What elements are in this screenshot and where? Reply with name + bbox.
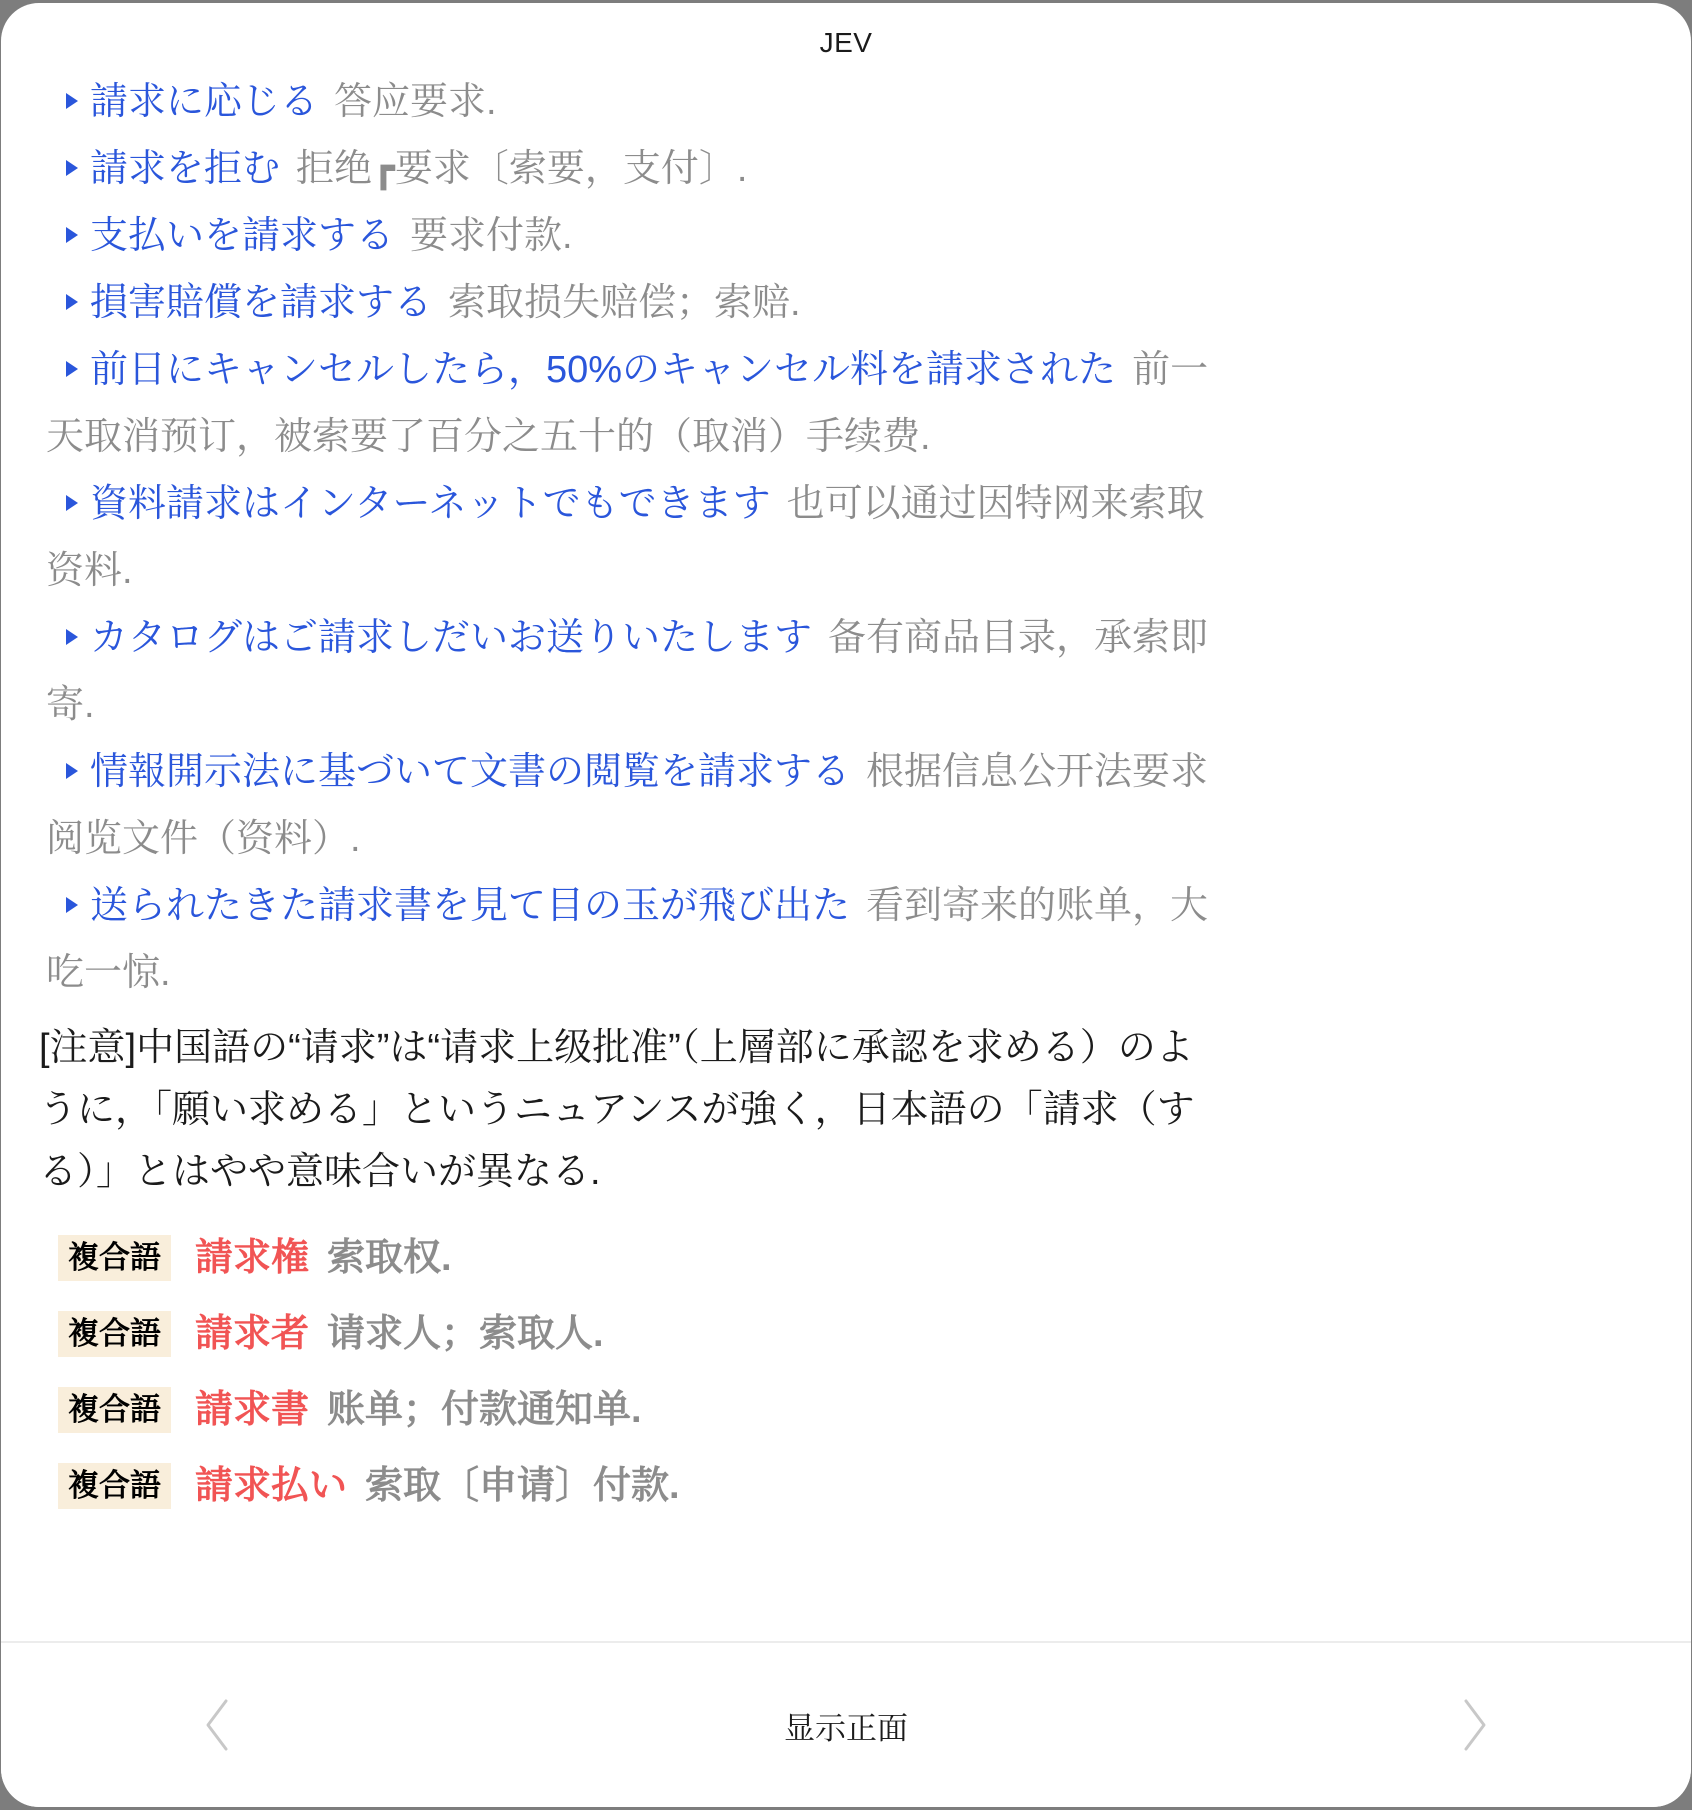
example-item: 支払いを請求する要求付款.: [46, 203, 1216, 270]
dictionary-title: JEV: [1, 3, 1691, 59]
compound-definition: 索取〔申请〕付款.: [365, 1465, 680, 1507]
compounds-list: 複合語請求権索取权. 複合語請求者请求人；索取人. 複合語請求書账单；付款通知单…: [58, 1233, 1216, 1511]
triangle-bullet-icon: [66, 763, 78, 779]
entry-content: 請求に応じる答应要求. 請求を拒む拒绝┏要求〔索要，支付〕. 支払いを請求する要…: [1, 69, 1691, 1511]
footer-bar: 显示正面: [1, 1641, 1691, 1807]
chevron-right-icon[interactable]: [1461, 1697, 1489, 1753]
example-item: 送られたきた請求書を見て目の玉が飛び出た看到寄来的账单，大吃一惊.: [46, 873, 1216, 1007]
page-background: JEV 請求に応じる答应要求. 請求を拒む拒绝┏要求〔索要，支付〕. 支払いを請…: [0, 0, 1692, 1810]
compound-row: 複合語請求書账单；付款通知单.: [58, 1385, 1216, 1435]
compound-badge: 複合語: [58, 1311, 171, 1357]
example-item: 資料請求はインターネットでもできます也可以通过因特网来索取资料.: [46, 471, 1216, 605]
example-item: 請求を拒む拒绝┏要求〔索要，支付〕.: [46, 136, 1216, 203]
example-japanese[interactable]: 支払いを請求する: [90, 215, 394, 257]
compound-term[interactable]: 請求権: [195, 1237, 309, 1279]
compound-term[interactable]: 請求書: [195, 1389, 309, 1431]
example-japanese[interactable]: 送られたきた請求書を見て目の玉が飛び出た: [90, 885, 850, 927]
compound-definition: 账单；付款通知单.: [327, 1389, 642, 1431]
example-item: 前日にキャンセルしたら，50%のキャンセル料を請求された前一天取消预订，被索要了…: [46, 337, 1216, 471]
compound-badge: 複合語: [58, 1387, 171, 1433]
triangle-bullet-icon: [66, 160, 78, 176]
example-translation: 索取损失赔偿；索赔.: [448, 282, 801, 324]
triangle-bullet-icon: [66, 897, 78, 913]
example-japanese[interactable]: 前日にキャンセルしたら，50%のキャンセル料を請求された: [90, 349, 1116, 391]
example-item: カタログはご請求しだいお送りいたします备有商品目录，承索即寄.: [46, 605, 1216, 739]
example-translation: 答应要求.: [334, 81, 497, 123]
compound-term[interactable]: 請求払い: [195, 1465, 347, 1507]
usage-note: [注意]中国語の“请求”は“请求上级批准”（上層部に承認を求める）のように，「願…: [39, 1017, 1216, 1203]
triangle-bullet-icon: [66, 93, 78, 109]
example-item: 請求に応じる答应要求.: [46, 69, 1216, 136]
example-japanese[interactable]: カタログはご請求しだいお送りいたします: [90, 617, 812, 659]
compound-term[interactable]: 請求者: [195, 1313, 309, 1355]
compound-row: 複合語請求権索取权.: [58, 1233, 1216, 1283]
triangle-bullet-icon: [66, 294, 78, 310]
triangle-bullet-icon: [66, 361, 78, 377]
example-translation: 拒绝┏要求〔索要，支付〕.: [296, 148, 747, 190]
chevron-left-icon[interactable]: [203, 1697, 231, 1753]
example-japanese[interactable]: 資料請求はインターネットでもできます: [90, 483, 771, 525]
show-front-button[interactable]: 显示正面: [784, 1703, 908, 1748]
example-japanese[interactable]: 損害賠償を請求する: [90, 282, 432, 324]
triangle-bullet-icon: [66, 227, 78, 243]
example-japanese[interactable]: 情報開示法に基づいて文書の閲覧を請求する: [90, 751, 850, 793]
triangle-bullet-icon: [66, 629, 78, 645]
compound-row: 複合語請求者请求人；索取人.: [58, 1309, 1216, 1359]
example-item: 情報開示法に基づいて文書の閲覧を請求する根据信息公开法要求阅览文件（资料）.: [46, 739, 1216, 873]
compound-definition: 索取权.: [327, 1237, 452, 1279]
example-japanese[interactable]: 請求を拒む: [90, 148, 280, 190]
examples-list: 請求に応じる答应要求. 請求を拒む拒绝┏要求〔索要，支付〕. 支払いを請求する要…: [46, 69, 1216, 1007]
compound-definition: 请求人；索取人.: [327, 1313, 604, 1355]
example-japanese[interactable]: 請求に応じる: [90, 81, 318, 123]
dictionary-card: JEV 請求に応じる答应要求. 請求を拒む拒绝┏要求〔索要，支付〕. 支払いを請…: [1, 3, 1691, 1807]
compound-badge: 複合語: [58, 1463, 171, 1509]
compound-badge: 複合語: [58, 1235, 171, 1281]
example-translation: 要求付款.: [410, 215, 573, 257]
compound-row: 複合語請求払い索取〔申请〕付款.: [58, 1461, 1216, 1511]
example-item: 損害賠償を請求する索取损失赔偿；索赔.: [46, 270, 1216, 337]
triangle-bullet-icon: [66, 495, 78, 511]
